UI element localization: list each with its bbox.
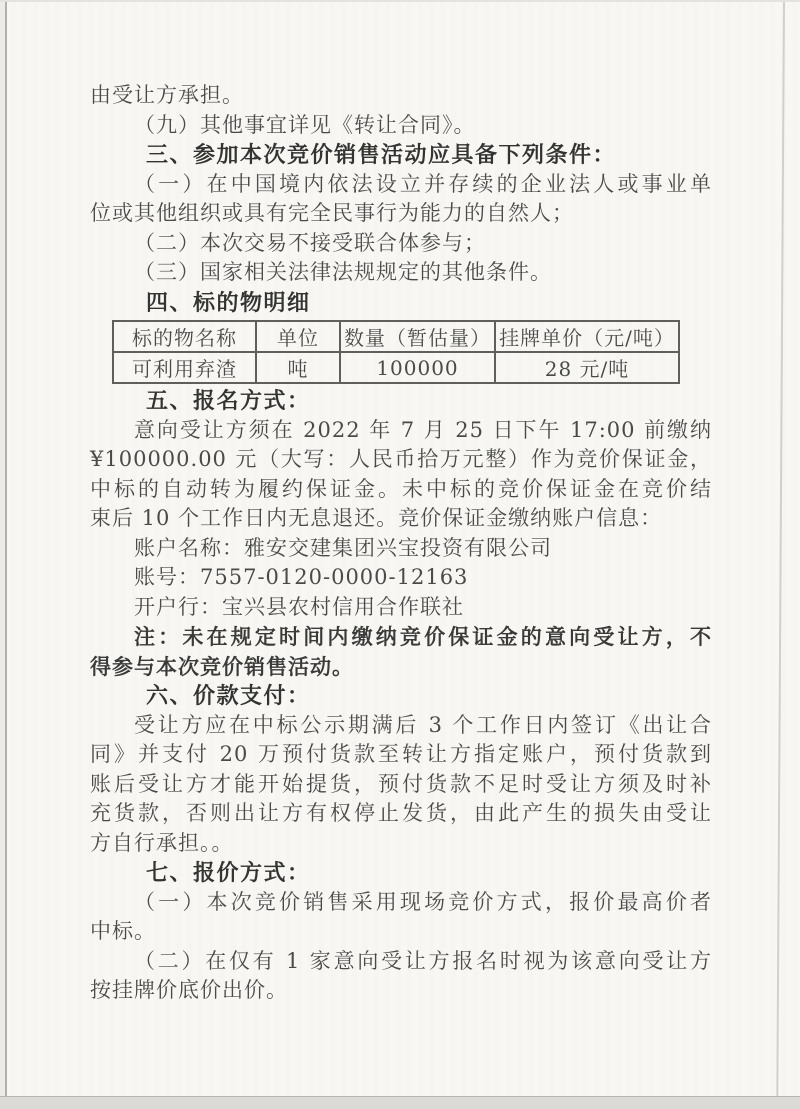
- text-line: 意向受让方须在 2022 年 7 月 25 日下午 17:00 前缴纳: [90, 416, 712, 446]
- account-number-line: 账号：7557-0120-0000-12163: [90, 563, 712, 593]
- text-line: （二）本次交易不接受联合体参与；: [90, 229, 712, 259]
- table-header-cell: 挂牌单价（元/吨）: [495, 321, 679, 352]
- text-line: 位或其他组织或具有完全民事行为能力的自然人；: [90, 199, 712, 229]
- text-line: ¥100000.00 元（大写：人民币拾万元整）作为竞价保证金，: [90, 445, 712, 475]
- text-line: 方自行承担。。: [90, 829, 712, 859]
- text-line: （二）在仅有 1 家意向受让方报名时视为该意向受让方: [90, 947, 712, 977]
- table-cell: 吨: [256, 352, 340, 383]
- table-header-cell: 数量（暂估量）: [340, 321, 495, 352]
- scanner-bed-strip: [0, 1096, 800, 1109]
- scanned-document-page: 由受让方承担。 （九）其他事宜详见《转让合同》。 三、参加本次竞价销售活动应具备…: [0, 0, 800, 1109]
- section-heading-3: 三、参加本次竞价销售活动应具备下列条件：: [90, 140, 712, 170]
- table-cell: 可利用弃渣: [113, 352, 256, 383]
- section-heading-7: 七、报价方式：: [90, 858, 712, 888]
- text-line: （一）本次竞价销售采用现场竞价方式，报价最高价者: [90, 888, 712, 918]
- scan-edge-left: [5, 0, 7, 1109]
- account-name-line: 账户名称：雅安交建集团兴宝投资有限公司: [90, 534, 712, 564]
- document-body: 由受让方承担。 （九）其他事宜详见《转让合同》。 三、参加本次竞价销售活动应具备…: [90, 81, 712, 1006]
- table-row: 可利用弃渣 吨 100000 28 元/吨: [113, 352, 679, 383]
- table-cell: 100000: [340, 352, 495, 383]
- table-cell: 28 元/吨: [495, 352, 679, 383]
- table-header-cell: 单位: [256, 321, 340, 352]
- scan-edge-top: [0, 0, 800, 2]
- text-line: 同》并支付 20 万预付货款至转让方指定账户，预付货款到: [90, 740, 712, 770]
- text-line: （九）其他事宜详见《转让合同》。: [90, 111, 712, 141]
- text-line: 充货款，否则出让方有权停止发货，由此产生的损失由受让: [90, 799, 712, 829]
- scan-edge-right: [776, 0, 785, 1096]
- text-line: （三）国家相关法律法规规定的其他条件。: [90, 258, 712, 288]
- section-heading-4: 四、标的物明细: [90, 288, 712, 318]
- bank-name-line: 开户行：宝兴县农村信用合作联社: [90, 593, 712, 623]
- section-heading-5: 五、报名方式：: [90, 386, 712, 416]
- text-line: 受让方应在中标公示期满后 3 个工作日内签订《出让合: [90, 711, 712, 741]
- note-line: 得参与本次竞价销售活动。: [90, 652, 712, 682]
- section-heading-6: 六、价款支付：: [90, 681, 712, 711]
- text-line: 账后受让方才能开始提货，预付货款不足时受让方须及时补: [90, 770, 712, 800]
- text-line: （一）在中国境内依法设立并存续的企业法人或事业单: [90, 170, 712, 200]
- note-line: 注：未在规定时间内缴纳竞价保证金的意向受让方，不: [90, 622, 712, 652]
- subject-matter-table: 标的物名称 单位 数量（暂估量） 挂牌单价（元/吨） 可利用弃渣 吨 10000…: [112, 320, 680, 384]
- table-header-cell: 标的物名称: [113, 321, 256, 352]
- text-line: 按挂牌价底价出价。: [90, 976, 712, 1006]
- text-line: 中标。: [90, 917, 712, 947]
- table-header-row: 标的物名称 单位 数量（暂估量） 挂牌单价（元/吨）: [113, 321, 679, 352]
- text-line: 中标的自动转为履约保证金。未中标的竞价保证金在竞价结: [90, 475, 712, 505]
- text-line: 由受让方承担。: [90, 81, 712, 111]
- text-line: 束后 10 个工作日内无息退还。竞价保证金缴纳账户信息：: [90, 504, 712, 534]
